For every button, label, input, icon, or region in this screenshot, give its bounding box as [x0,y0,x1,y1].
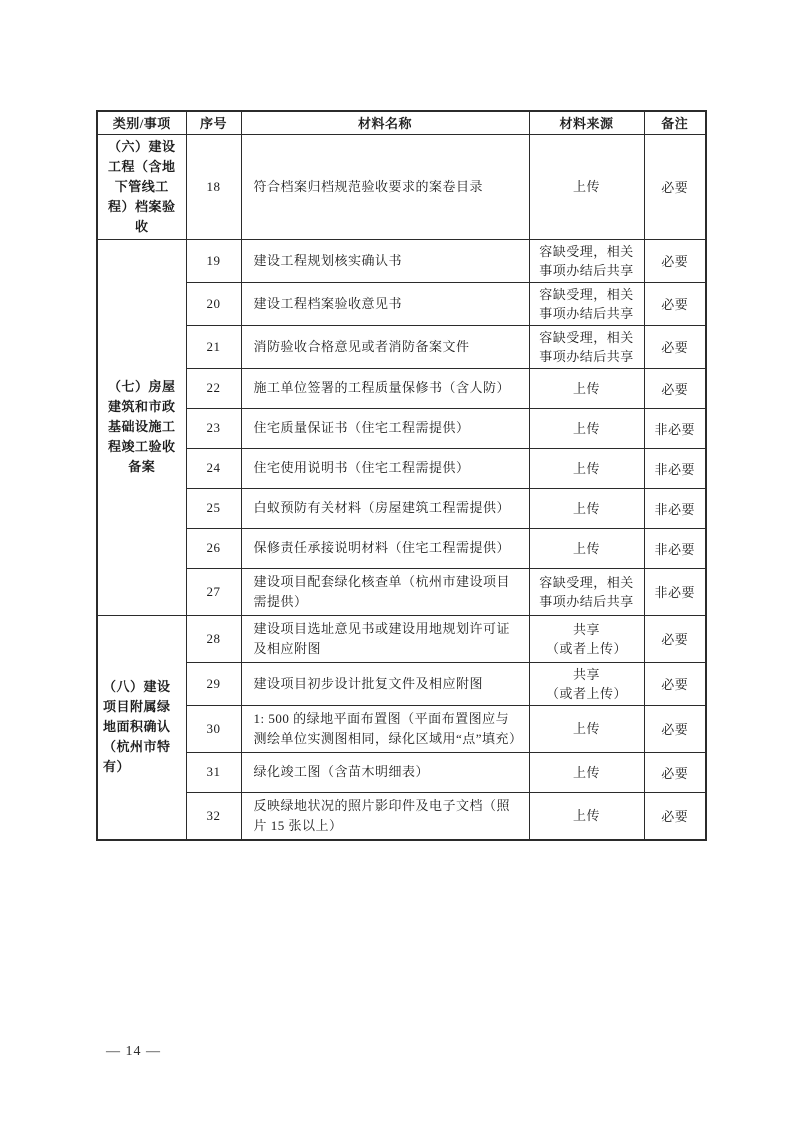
col-header-remark: 备注 [644,111,706,134]
serial-cell: 20 [186,282,241,325]
serial-cell: 32 [186,792,241,840]
material-name-cell: 1: 500 的绿地平面布置图（平面布置图应与测绘单位实测图相同，绿化区域用“点… [241,705,529,752]
materials-table: 类别/事项 序号 材料名称 材料来源 备注 （六）建设 工程（含地 下管线工 程… [96,110,707,841]
table-row: 27建设项目配套绿化核查单（杭州市建设项目需提供）容缺受理，相关 事项办结后共享… [97,568,706,615]
table-row: 21消防验收合格意见或者消防备案文件容缺受理，相关 事项办结后共享必要 [97,325,706,368]
serial-cell: 25 [186,488,241,528]
material-name-cell: 建设工程档案验收意见书 [241,282,529,325]
material-name-cell: 住宅使用说明书（住宅工程需提供） [241,448,529,488]
material-source-cell: 上传 [529,408,644,448]
page-number: — 14 — [106,1044,161,1060]
material-name-cell: 施工单位签署的工程质量保修书（含人防） [241,368,529,408]
category-cell: （六）建设 工程（含地 下管线工 程）档案验 收 [97,134,186,239]
table-row: （八）建设 项目附属绿 地面积确认 （杭州市特 有）28建设项目选址意见书或建设… [97,615,706,662]
remark-cell: 必要 [644,615,706,662]
table-row: 22施工单位签署的工程质量保修书（含人防）上传必要 [97,368,706,408]
material-source-cell: 上传 [529,705,644,752]
material-source-cell: 容缺受理，相关 事项办结后共享 [529,325,644,368]
material-name-cell: 白蚁预防有关材料（房屋建筑工程需提供） [241,488,529,528]
material-name-cell: 符合档案归档规范验收要求的案卷目录 [241,134,529,239]
table-row: 24住宅使用说明书（住宅工程需提供）上传非必要 [97,448,706,488]
serial-cell: 28 [186,615,241,662]
remark-cell: 必要 [644,134,706,239]
serial-cell: 30 [186,705,241,752]
material-source-cell: 容缺受理，相关 事项办结后共享 [529,239,644,282]
material-name-cell: 建设项目选址意见书或建设用地规划许可证及相应附图 [241,615,529,662]
serial-cell: 26 [186,528,241,568]
material-source-cell: 容缺受理，相关 事项办结后共享 [529,282,644,325]
material-name-cell: 建设工程规划核实确认书 [241,239,529,282]
table-row: 25白蚁预防有关材料（房屋建筑工程需提供）上传非必要 [97,488,706,528]
category-cell: （七）房屋 建筑和市政 基础设施工 程竣工验收 备案 [97,239,186,615]
material-name-cell: 消防验收合格意见或者消防备案文件 [241,325,529,368]
category-cell: （八）建设 项目附属绿 地面积确认 （杭州市特 有） [97,615,186,840]
material-name-cell: 建设项目配套绿化核查单（杭州市建设项目需提供） [241,568,529,615]
material-name-cell: 绿化竣工图（含苗木明细表） [241,752,529,792]
remark-cell: 必要 [644,325,706,368]
col-header-material-source: 材料来源 [529,111,644,134]
serial-cell: 22 [186,368,241,408]
remark-cell: 必要 [644,239,706,282]
table-row: 20建设工程档案验收意见书容缺受理，相关 事项办结后共享必要 [97,282,706,325]
remark-cell: 非必要 [644,528,706,568]
col-header-category: 类别/事项 [97,111,186,134]
table-row: （六）建设 工程（含地 下管线工 程）档案验 收18符合档案归档规范验收要求的案… [97,134,706,239]
table-row: 26保修责任承接说明材料（住宅工程需提供）上传非必要 [97,528,706,568]
remark-cell: 必要 [644,282,706,325]
material-source-cell: 上传 [529,134,644,239]
table-row: （七）房屋 建筑和市政 基础设施工 程竣工验收 备案19建设工程规划核实确认书容… [97,239,706,282]
remark-cell: 必要 [644,792,706,840]
remark-cell: 非必要 [644,408,706,448]
table-header-row: 类别/事项 序号 材料名称 材料来源 备注 [97,111,706,134]
serial-cell: 27 [186,568,241,615]
material-source-cell: 上传 [529,488,644,528]
material-source-cell: 共享 （或者上传） [529,615,644,662]
material-source-cell: 上传 [529,368,644,408]
remark-cell: 必要 [644,705,706,752]
table-row: 31绿化竣工图（含苗木明细表）上传必要 [97,752,706,792]
table-row: 29建设项目初步设计批复文件及相应附图共享 （或者上传）必要 [97,662,706,705]
col-header-material-name: 材料名称 [241,111,529,134]
material-source-cell: 上传 [529,792,644,840]
serial-cell: 18 [186,134,241,239]
material-source-cell: 容缺受理，相关 事项办结后共享 [529,568,644,615]
material-name-cell: 反映绿地状况的照片影印件及电子文档（照片 15 张以上） [241,792,529,840]
serial-cell: 31 [186,752,241,792]
remark-cell: 必要 [644,368,706,408]
material-source-cell: 上传 [529,752,644,792]
material-name-cell: 建设项目初步设计批复文件及相应附图 [241,662,529,705]
table-row: 32反映绿地状况的照片影印件及电子文档（照片 15 张以上）上传必要 [97,792,706,840]
remark-cell: 非必要 [644,488,706,528]
serial-cell: 23 [186,408,241,448]
serial-cell: 21 [186,325,241,368]
serial-cell: 19 [186,239,241,282]
material-source-cell: 上传 [529,528,644,568]
serial-cell: 29 [186,662,241,705]
col-header-serial: 序号 [186,111,241,134]
serial-cell: 24 [186,448,241,488]
material-source-cell: 共享 （或者上传） [529,662,644,705]
remark-cell: 必要 [644,752,706,792]
material-source-cell: 上传 [529,448,644,488]
material-name-cell: 保修责任承接说明材料（住宅工程需提供） [241,528,529,568]
material-name-cell: 住宅质量保证书（住宅工程需提供） [241,408,529,448]
table-row: 23住宅质量保证书（住宅工程需提供）上传非必要 [97,408,706,448]
remark-cell: 必要 [644,662,706,705]
table-row: 301: 500 的绿地平面布置图（平面布置图应与测绘单位实测图相同，绿化区域用… [97,705,706,752]
document-page: 类别/事项 序号 材料名称 材料来源 备注 （六）建设 工程（含地 下管线工 程… [0,0,800,1131]
remark-cell: 非必要 [644,568,706,615]
remark-cell: 非必要 [644,448,706,488]
